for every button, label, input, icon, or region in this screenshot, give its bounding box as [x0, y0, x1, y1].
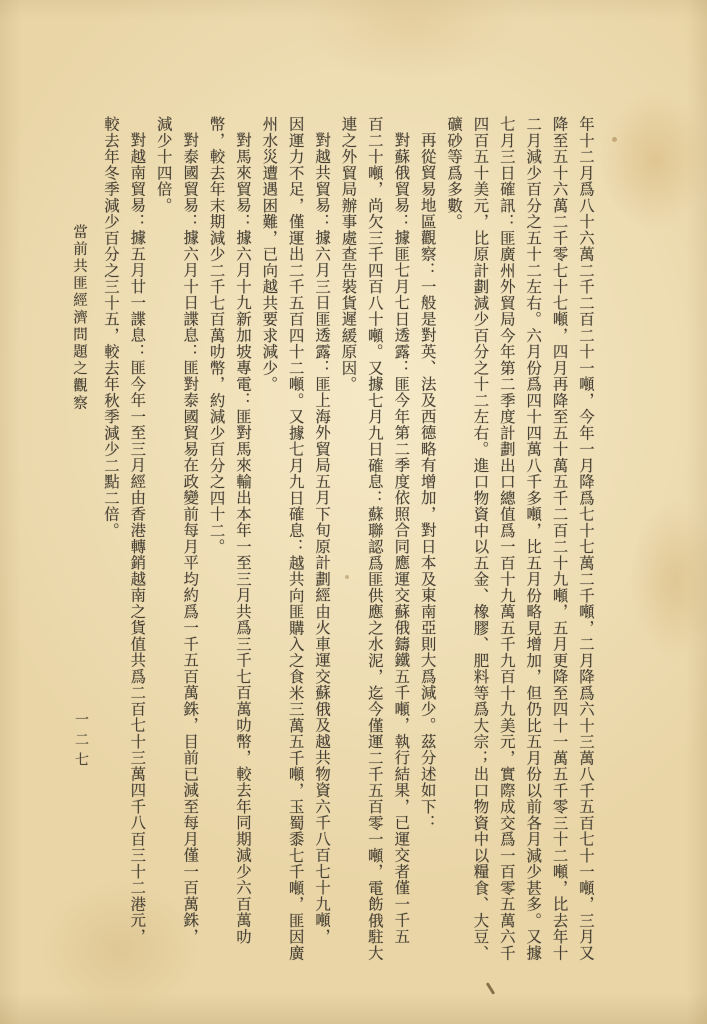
running-title: 當前共匪經濟問題之觀察	[69, 224, 90, 412]
page-number: 一二七	[71, 712, 91, 772]
main-text-block: 年十二月爲八十六萬二千二百二十一噸，今年一月降爲七十七萬二千噸，二月降爲六十三萬…	[98, 116, 599, 964]
paper-stain	[630, 500, 707, 660]
text-column-paragraph-start: 對越共貿易：據六月三日匪透露：匪上海外貿局五月下旬原計劃經由火車運交蘇俄及越共物…	[309, 116, 335, 964]
text-column: 四百五十美元，比原計劃減少百分之十二左右。進口物資中以五金、橡膠、肥料等爲大宗；…	[467, 116, 493, 964]
text-column: 減少十四倍。	[150, 116, 176, 964]
text-column: 幣，較去年末期減少二千七百萬叻幣，約減少百分之四十二。	[203, 116, 229, 964]
ink-speck	[486, 982, 495, 995]
text-column: 百二十噸，尚欠三千四百八十噸。又據七月九日確息：蘇聯認爲匪供應之水泥，迄今僅運二…	[361, 116, 387, 964]
text-column: 連之外貿局辦事處查告裝貨遲緩原因。	[335, 116, 361, 964]
text-column: 因運力不足，僅運出二千五百四十二噸。又據七月九日確息：越共向匪購入之食米三萬五千…	[282, 116, 308, 964]
paper-speck	[612, 137, 617, 142]
text-column-paragraph-start: 對泰國貿易：據六月十日諜息：匪對泰國貿易在政變前每月平均約爲一千五百萬銖，目前已…	[177, 116, 203, 964]
text-column: 七月三日確訊：匪廣州外貿局今年第二季度計劃出口總值爲一百十九萬五千九百十九美元，…	[493, 116, 519, 964]
text-column: 年十二月爲八十六萬二千二百二十一噸，今年一月降爲七十七萬二千噸，二月降爲六十三萬…	[573, 116, 599, 964]
text-column: 礦砂等爲多數。	[441, 116, 467, 964]
text-column: 降至五十六萬二千零七十七噸，四月再降至五十萬五千二百二十九噸，五月更降至四十一萬…	[546, 116, 572, 964]
text-column-paragraph-start: 對蘇俄貿易：據匪七月七日透露：匪今年第二季度依照合同應運交蘇俄鑄鐵五千噸，執行結…	[388, 116, 414, 964]
text-column-paragraph-start: 對越南貿易：據五月廿一諜息：匪今年一至三月經由香港轉銷越南之貨值共爲二百七十三萬…	[124, 116, 150, 964]
text-column-paragraph-start: 再從貿易地區觀察：一般是對英、法及西德略有增加，對日本及東南亞則大爲減少。茲分述…	[414, 116, 440, 964]
text-column: 較去年冬季減少百分之三十五，較去年秋季減少二點二倍。	[98, 116, 124, 964]
paper-stain	[600, 90, 707, 230]
text-column: 州水災遭遇困難，已向越共要求減少。	[256, 116, 282, 964]
text-column: 二月減少百分之五十二左右。六月份爲四十四萬八千多噸，比五月份略見增加，但仍比五月…	[520, 116, 546, 964]
paper-stain	[300, 0, 520, 80]
scanned-book-page: 年十二月爲八十六萬二千二百二十一噸，今年一月降爲七十七萬二千噸，二月降爲六十三萬…	[0, 0, 707, 1024]
text-column-paragraph-start: 對馬來貿易：據六月十九新加坡專電：匪對馬來輸出本年一至三月共爲三千七百萬叻幣，較…	[230, 116, 256, 964]
